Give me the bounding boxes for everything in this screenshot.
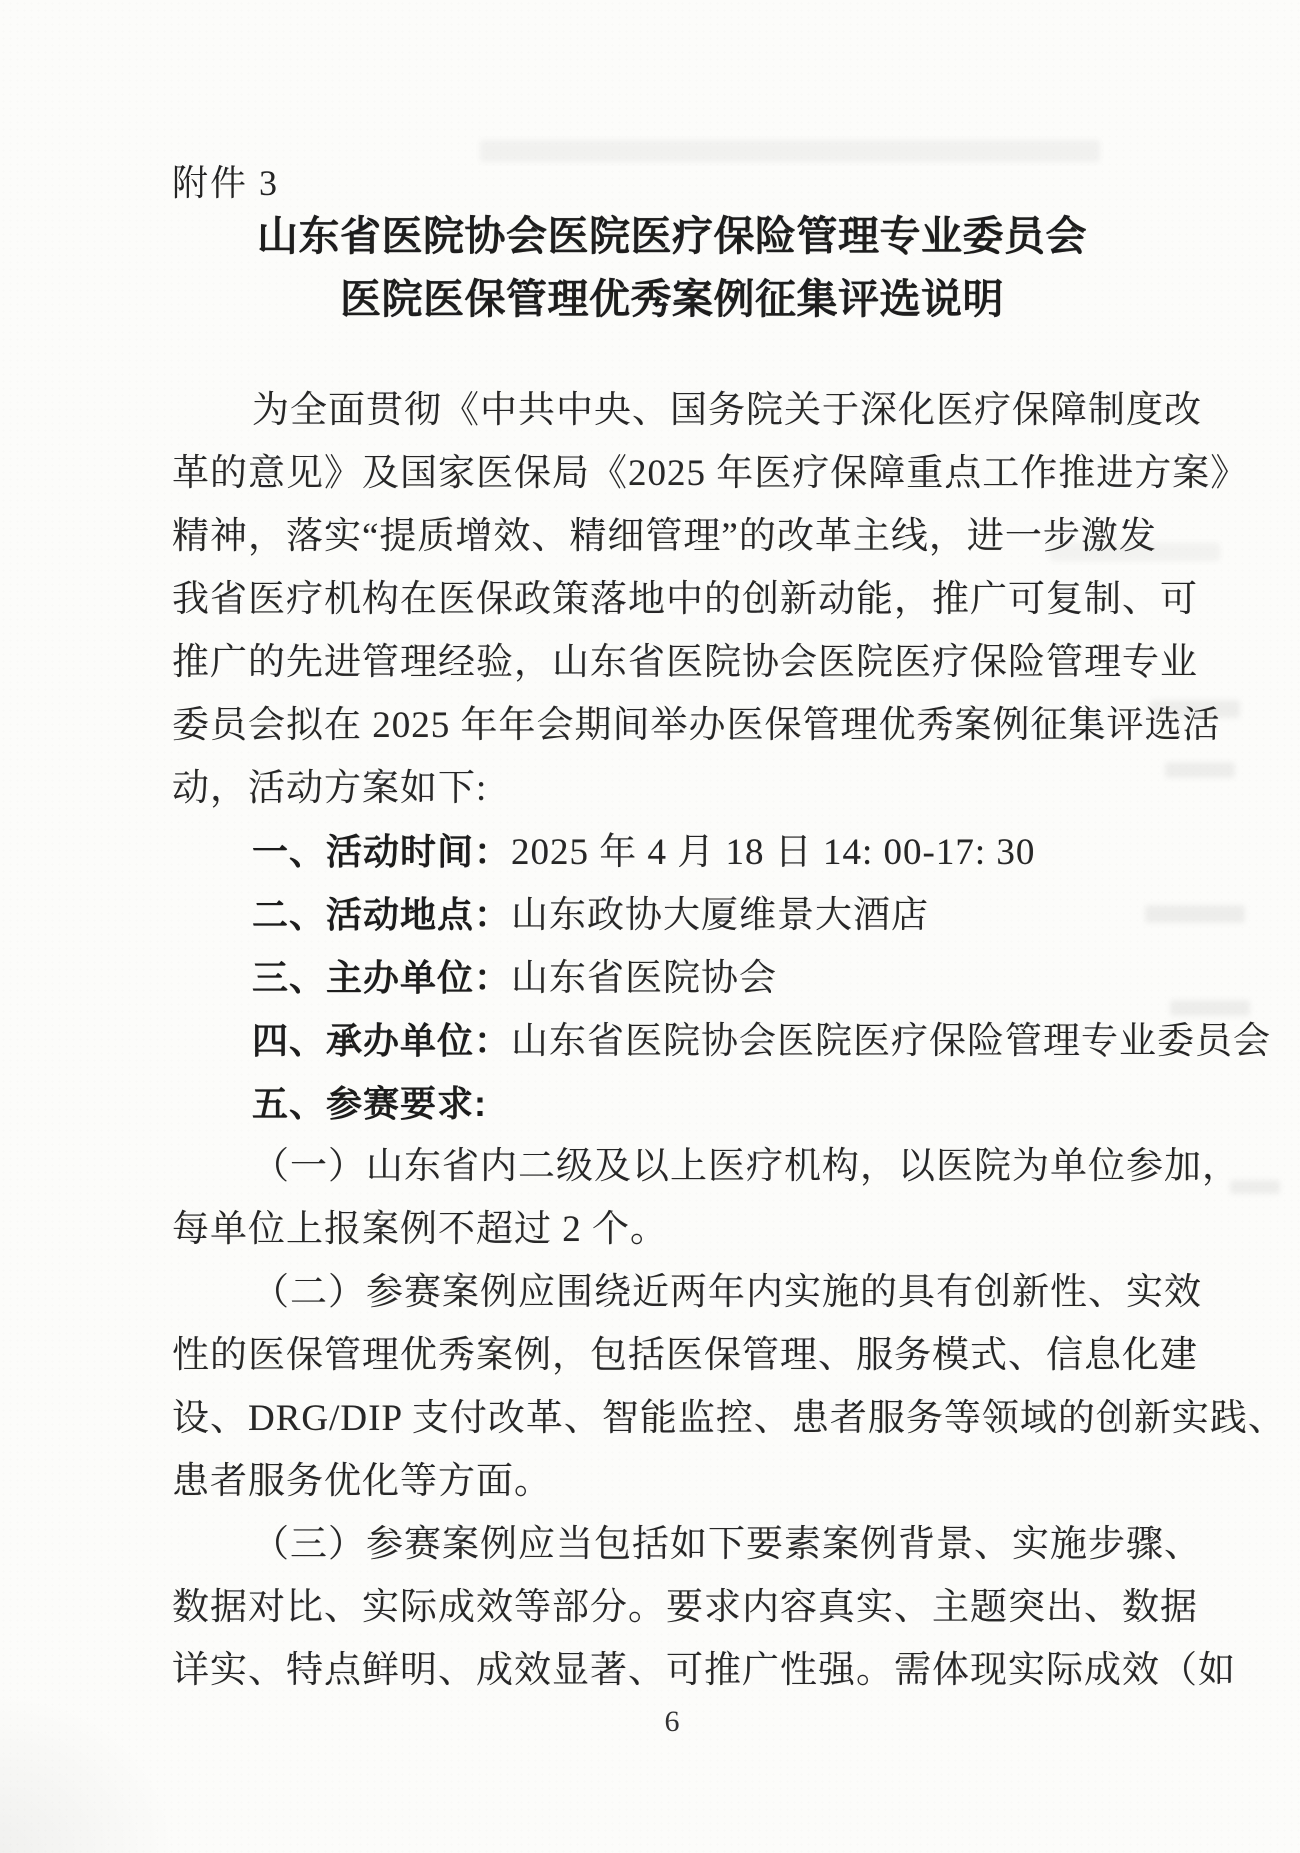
section-3-line: （三）参赛案例应当包括如下要素案例背景、实施步骤、 (172, 1513, 1212, 1576)
title-line-2: 医院医保管理优秀案例征集评选说明 (172, 268, 1172, 331)
document-body: 为全面贯彻《中共中央、国务院关于深化医疗保障制度改 革的意见》及国家医保局《20… (172, 379, 1212, 1702)
item-label: 一、活动时间： (252, 831, 511, 872)
page-number: 6 (172, 1705, 1172, 1739)
item-value: 山东政协大厦维景大酒店 (511, 895, 929, 936)
section-2-line: 患者服务优化等方面。 (172, 1450, 1212, 1513)
item-value: 2025 年 4 月 18 日 14: 00-17: 30 (511, 832, 1035, 873)
section-2-line: （二）参赛案例应围绕近两年内实施的具有创新性、实效 (172, 1261, 1212, 1324)
intro-line: 推广的先进管理经验，山东省医院协会医院医疗保险管理专业 (172, 631, 1212, 694)
intro-line: 动，活动方案如下: (172, 757, 1212, 820)
section-2-line: 性的医保管理优秀案例，包括医保管理、服务模式、信息化建 (172, 1324, 1212, 1387)
scan-corner-shadow (0, 1690, 180, 1853)
intro-line: 革的意见》及国家医保局《2025 年医疗保障重点工作推进方案》 (172, 442, 1212, 505)
section-1-line: （一）山东省内二级及以上医疗机构，以医院为单位参加， (172, 1135, 1212, 1198)
section-3-line: 数据对比、实际成效等部分。要求内容真实、主题突出、数据 (172, 1576, 1212, 1639)
section-1-line: 每单位上报案例不超过 2 个。 (172, 1198, 1212, 1261)
item-host-unit: 三、主办单位：山东省医院协会 (172, 946, 1212, 1009)
item-label: 四、承办单位： (252, 1020, 511, 1061)
item-organizer-unit: 四、承办单位：山东省医院协会医院医疗保险管理专业委员会 (172, 1009, 1212, 1072)
item-entry-requirements: 五、参赛要求: (172, 1072, 1212, 1135)
section-2-line: 设、DRG/DIP 支付改革、智能监控、患者服务等领域的创新实践、 (172, 1387, 1212, 1450)
intro-line: 委员会拟在 2025 年年会期间举办医保管理优秀案例征集评选活 (172, 694, 1212, 757)
document-title: 山东省医院协会医院医疗保险管理专业委员会 医院医保管理优秀案例征集评选说明 (172, 205, 1172, 331)
item-activity-time: 一、活动时间：2025 年 4 月 18 日 14: 00-17: 30 (172, 820, 1212, 883)
bleedthrough-artifact (480, 140, 1100, 162)
section-3-line: 详实、特点鲜明、成效显著、可推广性强。需体现实际成效（如 (172, 1639, 1212, 1702)
item-label: 五、参赛要求: (252, 1083, 487, 1124)
attachment-label: 附件 3 (172, 160, 279, 206)
item-activity-location: 二、活动地点：山东政协大厦维景大酒店 (172, 883, 1212, 946)
intro-line: 精神，落实“提质增效、精细管理”的改革主线，进一步激发 (172, 505, 1212, 568)
item-label: 三、主办单位： (252, 957, 511, 998)
item-value: 山东省医院协会医院医疗保险管理专业委员会 (511, 1021, 1271, 1062)
item-value: 山东省医院协会 (511, 958, 777, 999)
title-line-1: 山东省医院协会医院医疗保险管理专业委员会 (172, 205, 1172, 268)
intro-line: 为全面贯彻《中共中央、国务院关于深化医疗保障制度改 (172, 379, 1212, 442)
scanned-document-page: 附件 3 山东省医院协会医院医疗保险管理专业委员会 医院医保管理优秀案例征集评选… (0, 0, 1300, 1853)
intro-line: 我省医疗机构在医保政策落地中的创新动能，推广可复制、可 (172, 568, 1212, 631)
item-label: 二、活动地点： (252, 894, 511, 935)
